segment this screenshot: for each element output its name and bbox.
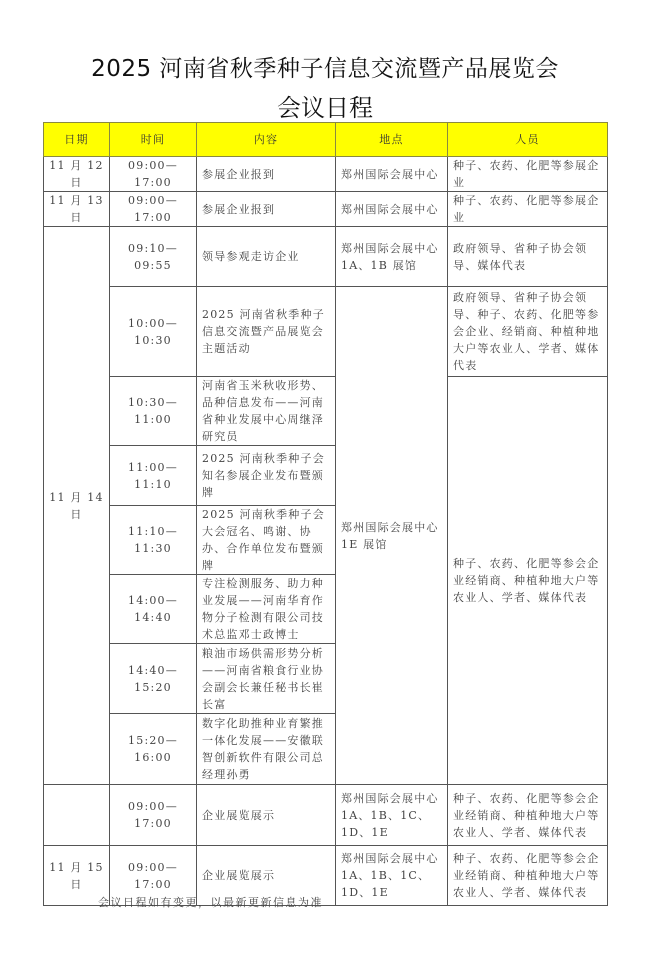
time-cell: 14:00—14:40 (110, 575, 197, 644)
schedule-table: 日期 时间 内容 地点 人员 11 月 12 日 09:00—17:00 参展企… (43, 122, 608, 906)
time-cell: 09:00—17:00 (110, 157, 197, 192)
content-cell: 领导参观走访企业 (197, 227, 336, 287)
time-cell: 09:00—17:00 (110, 192, 197, 227)
location-cell: 郑州国际会展中心 1A、1B 展馆 (336, 227, 448, 287)
table-row: 10:30—11:00 河南省玉米秋收形势、品种信息发布——河南省种业发展中心周… (44, 377, 608, 446)
table-header-row: 日期 时间 内容 地点 人员 (44, 123, 608, 157)
content-cell: 2025 河南秋季种子会大会冠名、鸣谢、协办、合作单位发布暨颁牌 (197, 506, 336, 575)
header-location: 地点 (336, 123, 448, 157)
people-cell: 种子、农药、化肥等参展企业 (448, 157, 608, 192)
time-cell: 09:10—09:55 (110, 227, 197, 287)
header-date: 日期 (44, 123, 110, 157)
header-people: 人员 (448, 123, 608, 157)
table-row: 09:00—17:00 企业展览展示 郑州国际会展中心 1A、1B、1C、1D、… (44, 785, 608, 846)
content-cell: 数字化助推种业育繁推一体化发展——安徽联智创新软件有限公司总经理孙勇 (197, 714, 336, 785)
header-content: 内容 (197, 123, 336, 157)
location-cell: 郑州国际会展中心 1E 展馆 (336, 287, 448, 785)
table-row: 11 月 14 日 09:10—09:55 领导参观走访企业 郑州国际会展中心 … (44, 227, 608, 287)
document-subtitle: 会议日程 (0, 88, 650, 123)
people-cell: 种子、农药、化肥等参会企业经销商、种植种地大户等农业人、学者、媒体代表 (448, 846, 608, 906)
date-cell: 11 月 14 日 (44, 227, 110, 785)
date-cell: 11 月 13 日 (44, 192, 110, 227)
header-time: 时间 (110, 123, 197, 157)
location-cell: 郑州国际会展中心 (336, 192, 448, 227)
table-row: 11 月 12 日 09:00—17:00 参展企业报到 郑州国际会展中心 种子… (44, 157, 608, 192)
content-cell: 参展企业报到 (197, 192, 336, 227)
people-cell: 政府领导、省种子协会领导、媒体代表 (448, 227, 608, 287)
time-cell: 10:30—11:00 (110, 377, 197, 446)
people-cell: 政府领导、省种子协会领导、种子、农药、化肥等参会企业、经销商、种植种地大户等农业… (448, 287, 608, 377)
people-cell: 种子、农药、化肥等参展企业 (448, 192, 608, 227)
location-cell: 郑州国际会展中心 1A、1B、1C、1D、1E (336, 846, 448, 906)
location-cell: 郑州国际会展中心 (336, 157, 448, 192)
content-cell: 2025 河南省秋季种子信息交流暨产品展览会 主题活动 (197, 287, 336, 377)
content-cell: 河南省玉米秋收形势、品种信息发布——河南省种业发展中心周继泽研究员 (197, 377, 336, 446)
date-cell (44, 785, 110, 846)
date-cell: 11 月 12 日 (44, 157, 110, 192)
footnote: 会议日程如有变更，以最新更新信息为准 (98, 894, 323, 910)
content-cell: 专注检测服务、助力种业发展——河南华育作物分子检测有限公司技术总监邓士政博士 (197, 575, 336, 644)
people-cell: 种子、农药、化肥等参会企业经销商、种植种地大户等农业人、学者、媒体代表 (448, 377, 608, 785)
document-title: 2025 河南省秋季种子信息交流暨产品展览会 (0, 50, 650, 83)
content-cell: 粮油市场供需形势分析——河南省粮食行业协会副会长兼任秘书长崔长富 (197, 644, 336, 714)
time-cell: 11:00—11:10 (110, 446, 197, 506)
time-cell: 10:00—10:30 (110, 287, 197, 377)
location-cell: 郑州国际会展中心 1A、1B、1C、1D、1E (336, 785, 448, 846)
time-cell: 11:10—11:30 (110, 506, 197, 575)
content-cell: 2025 河南秋季种子会知名参展企业发布暨颁牌 (197, 446, 336, 506)
people-cell: 种子、农药、化肥等参会企业经销商、种植种地大户等农业人、学者、媒体代表 (448, 785, 608, 846)
time-cell: 15:20—16:00 (110, 714, 197, 785)
table-row: 10:00—10:30 2025 河南省秋季种子信息交流暨产品展览会 主题活动 … (44, 287, 608, 377)
table-row: 11 月 13 日 09:00—17:00 参展企业报到 郑州国际会展中心 种子… (44, 192, 608, 227)
content-cell: 企业展览展示 (197, 785, 336, 846)
time-cell: 14:40—15:20 (110, 644, 197, 714)
content-cell: 参展企业报到 (197, 157, 336, 192)
time-cell: 09:00—17:00 (110, 785, 197, 846)
